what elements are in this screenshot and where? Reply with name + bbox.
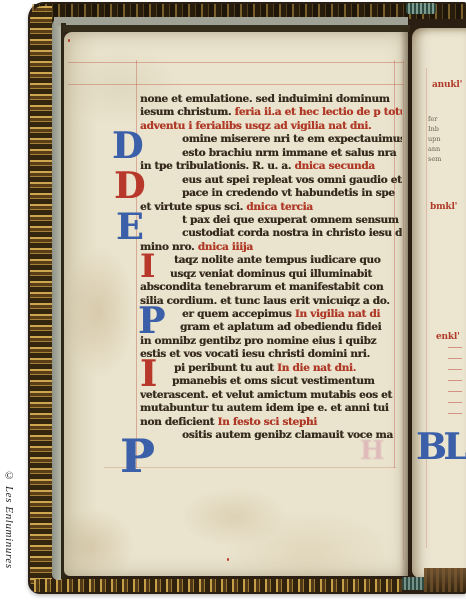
text-line: et virtute spus sci. dnica tercia	[140, 201, 402, 214]
red-speck	[227, 558, 229, 561]
text-line: custodiat corda nostra in christo iesu d…	[140, 227, 402, 240]
text-line: usqz veniat dominus qui illuminabit	[140, 268, 402, 281]
body-text: ositis autem genibz clamauit voce ma	[182, 429, 393, 441]
body-text: pi peribunt tu aut	[174, 362, 277, 374]
decorated-initial-i: I	[140, 358, 157, 390]
rubric-fragment: bmkl'	[430, 202, 457, 212]
small-text-line: Inb	[428, 124, 441, 134]
text-line: er quem accepimus In vigilia nat di	[140, 308, 402, 321]
copyright-watermark: © Les Enluminures	[3, 470, 15, 598]
small-text-line: ann	[428, 144, 441, 154]
text-line: ositis autem genibz clamauit voce ma	[140, 429, 402, 442]
ruling-dash	[448, 391, 462, 392]
body-text: iesum christum.	[140, 106, 235, 118]
text-line: t pax dei que exuperat omnem sensum	[140, 214, 402, 227]
text-line: pace in credendo vt habundetis in spe	[140, 187, 402, 200]
text-line: none et emulatione. sed induimini dominu…	[140, 93, 402, 106]
text-line: mutabuntur tu autem idem ipe e. et anni …	[140, 402, 402, 415]
text-line: pi peribunt tu aut In die nat dni.	[140, 362, 402, 375]
decorated-initial-i: I	[140, 252, 155, 281]
decorated-initial-d: D	[112, 130, 143, 162]
text-line: gram et aplatum ad obediendu fidei	[140, 321, 402, 334]
body-text: mutabuntur tu autem idem ipe e. et anni …	[140, 402, 388, 414]
ruling-line-vertical	[426, 68, 427, 548]
text-line: estis et vos vocati iesu christi domini …	[140, 348, 402, 361]
body-text: pace in credendo vt habundetis in spe	[182, 187, 395, 199]
body-text: in omnibz gentibz pro nomine eius i quib…	[140, 335, 376, 347]
small-text-fragments: ferInbupnannsem	[428, 114, 441, 164]
gold-tooled-border-left	[30, 6, 52, 589]
rubric-text: dnica iiija	[198, 241, 253, 253]
text-line: pmanebis et oms sicut vestimentum	[140, 375, 402, 388]
body-text: none et emulatione. sed induimini dominu…	[140, 93, 390, 105]
small-text-line: sem	[428, 154, 441, 164]
text-line: silia cordium. et tunc laus erit vnicuiq…	[140, 295, 402, 308]
page-shadow-top	[63, 25, 410, 32]
ruling-dash	[448, 413, 462, 414]
text-line: veterascent. et velut amictum mutabis eo…	[140, 389, 402, 402]
body-text: veterascent. et velut amictum mutabis eo…	[140, 389, 392, 401]
text-line: eus aut spei repleat vos omni gaudio et	[140, 174, 402, 187]
body-text: eus aut spei repleat vos omni gaudio et	[182, 174, 402, 186]
text-line: in omnibz gentibz pro nomine eius i quib…	[140, 335, 402, 348]
rubric-text: feria ii.a et hec lectio de p totu	[235, 106, 402, 118]
decorated-initial-d: D	[114, 170, 145, 202]
body-text: pmanebis et oms sicut vestimentum	[172, 375, 374, 387]
text-line: non deficient In festo sci stephi	[140, 416, 402, 429]
text-line: taqz nolite ante tempus iudicare quo	[140, 254, 402, 267]
body-text: et virtute spus sci.	[140, 201, 246, 213]
book-binding: H none et emulatione. sed induimini domi…	[28, 2, 466, 594]
small-text-line: fer	[428, 114, 441, 124]
rubric-text: adventu i ferialibs usqz ad vigilia nat …	[140, 120, 371, 132]
body-text: usqz veniat dominus qui illuminabit	[170, 268, 372, 280]
body-text: non deficient	[140, 416, 217, 428]
page-edges-bottom-right	[424, 568, 466, 592]
manuscript-page-left: H none et emulatione. sed induimini domi…	[64, 32, 408, 576]
text-line: abscondita tenebrarum et manifestabit co…	[140, 281, 402, 294]
red-speck	[68, 39, 70, 42]
body-text: gram et aplatum ad obediendu fidei	[180, 321, 381, 333]
large-blue-initial: BL	[416, 426, 466, 468]
manuscript-page-right-edge: anukl' ferInbupnannsem bmkl' enkl' BL	[412, 28, 466, 578]
ruling-line-horizontal-top1	[68, 62, 404, 63]
rubric-fragment: enkl'	[436, 332, 460, 342]
body-text: silia cordium. et tunc laus erit vnicuiq…	[140, 295, 390, 307]
small-text-line: upn	[428, 134, 441, 144]
ruling-dash	[448, 347, 462, 348]
decorated-initial-e: E	[116, 211, 143, 243]
body-text: t pax dei que exuperat omnem sensum	[182, 214, 399, 226]
body-text: taqz nolite ante tempus iudicare quo	[174, 254, 380, 266]
text-line: iesum christum. feria ii.a et hec lectio…	[140, 106, 402, 119]
rubric-text: In vigilia nat di	[295, 308, 380, 320]
body-text: omine miserere nri te em expectauimus	[182, 133, 402, 145]
gold-tooled-border-bottom	[34, 579, 402, 592]
ruling-line-vertical-left	[136, 60, 137, 468]
text-line: omine miserere nri te em expectauimus	[140, 133, 402, 146]
text-line: mino nro. dnica iiija	[140, 241, 402, 254]
body-text: in tpe tribulationis. R. u. a.	[140, 160, 294, 172]
body-text: abscondita tenebrarum et manifestabit co…	[140, 281, 383, 293]
ruling-dash	[448, 369, 462, 370]
endband-bottom	[402, 577, 426, 590]
ruling-dash	[448, 402, 462, 403]
ruling-dash	[448, 358, 462, 359]
rubric-text: In festo sci stephi	[217, 416, 316, 428]
text-line: esto brachiu nrm immane et salus nra	[140, 147, 402, 160]
text-block: none et emulatione. sed induimini dominu…	[140, 93, 402, 442]
body-text: estis et vos vocati iesu christi domini …	[140, 348, 370, 360]
rubric-text: In die nat dni.	[277, 362, 356, 374]
decorated-initial-p: P	[120, 436, 155, 477]
rubric-fragment: anukl'	[432, 80, 462, 90]
body-text: esto brachiu nrm immane et salus nra	[182, 147, 396, 159]
text-line: in tpe tribulationis. R. u. a. dnica sec…	[140, 160, 402, 173]
decorated-initial-p: P	[138, 305, 165, 337]
body-text: er quem accepimus	[182, 308, 295, 320]
rubric-text: dnica tercia	[246, 201, 312, 213]
cover-inner-edge-left	[52, 18, 61, 580]
endband-top	[406, 3, 436, 14]
ruling-dash	[448, 380, 462, 381]
rubric-text: dnica secunda	[294, 160, 374, 172]
ruling-line-horizontal-top2	[68, 84, 404, 85]
body-text: custodiat corda nostra in christo iesu d…	[182, 227, 402, 239]
manuscript-photo: © Les Enluminures H none et emulatione. …	[0, 0, 466, 600]
text-line: adventu i ferialibs usqz ad vigilia nat …	[140, 120, 402, 133]
